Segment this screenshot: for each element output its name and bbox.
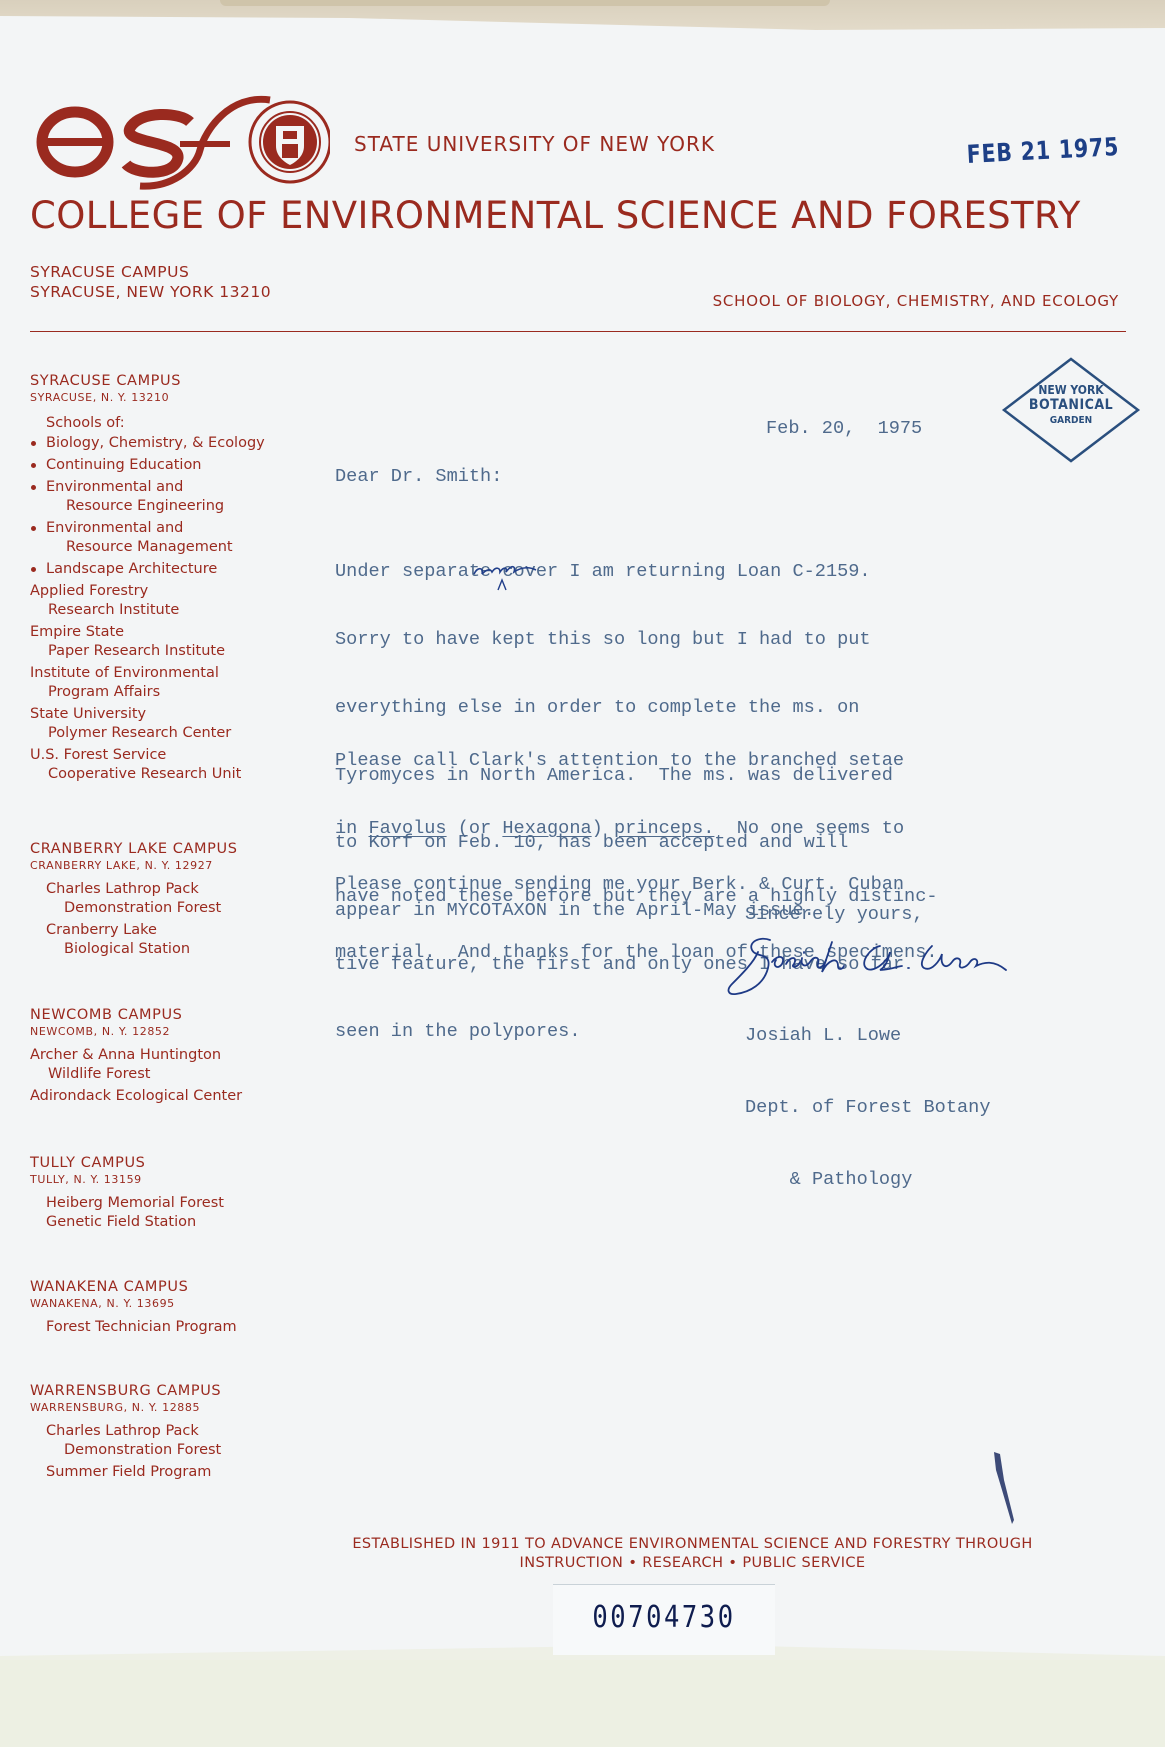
bullet-icon bbox=[31, 567, 36, 572]
campus-tully: TULLY CAMPUS TULLY, N. Y. 13159 Heiberg … bbox=[30, 1154, 290, 1232]
school-item: Environmental andResource Engineering bbox=[30, 478, 290, 516]
facility-item: Forest Technician Program bbox=[30, 1318, 290, 1337]
accession-number: 00704730 bbox=[570, 1600, 759, 1635]
campus-address: WANAKENA, N. Y. 13695 bbox=[30, 1296, 290, 1312]
letterhead-city: SYRACUSE, NEW YORK 13210 bbox=[30, 282, 271, 302]
bullet-icon bbox=[31, 526, 36, 531]
paragraph-line: Please call Clark's attention to the bra… bbox=[335, 750, 938, 773]
facility-item: Genetic Field Station bbox=[30, 1213, 290, 1232]
facility-item: Cranberry LakeBiological Station bbox=[30, 921, 290, 959]
campus-name: CRANBERRY LAKE CAMPUS bbox=[30, 840, 290, 858]
campus-warrensburg: WARRENSBURG CAMPUS WARRENSBURG, N. Y. 12… bbox=[30, 1382, 290, 1482]
suny-seal-icon bbox=[250, 102, 330, 182]
bullet-icon bbox=[31, 441, 36, 446]
esf-logo-icon bbox=[30, 90, 330, 190]
paragraph-line: Under separate cover I am returning Loan… bbox=[335, 561, 893, 584]
nybg-stamp-line2: BOTANICAL bbox=[1000, 398, 1142, 413]
handwritten-aside-icon bbox=[470, 560, 540, 600]
campus-wanakena: WANAKENA CAMPUS WANAKENA, N. Y. 13695 Fo… bbox=[30, 1278, 290, 1337]
signer-name: Josiah L. Lowe bbox=[745, 1024, 990, 1048]
campus-address: NEWCOMB, N. Y. 12852 bbox=[30, 1024, 290, 1040]
school-item: Landscape Architecture bbox=[30, 560, 290, 579]
campus-cranberry-lake: CRANBERRY LAKE CAMPUS CRANBERRY LAKE, N.… bbox=[30, 840, 290, 959]
college-name: COLLEGE OF ENVIRONMENTAL SCIENCE AND FOR… bbox=[30, 194, 1081, 237]
nybg-stamp: NEW YORK BOTANICAL GARDEN bbox=[1000, 383, 1142, 428]
school-item: Environmental andResource Management bbox=[30, 519, 290, 557]
facility-item: Charles Lathrop PackDemonstration Forest bbox=[30, 880, 290, 918]
campus-address: WARRENSBURG, N. Y. 12885 bbox=[30, 1400, 290, 1416]
nybg-stamp-line3: GARDEN bbox=[1000, 413, 1142, 428]
facility-item: Charles Lathrop PackDemonstration Forest bbox=[30, 1422, 290, 1460]
facility-item: Adirondack Ecological Center bbox=[30, 1087, 290, 1106]
signer-block: Josiah L. Lowe Dept. of Forest Botany & … bbox=[745, 976, 990, 1216]
campus-address: CRANBERRY LAKE, N. Y. 12927 bbox=[30, 858, 290, 874]
footer-line1: ESTABLISHED IN 1911 TO ADVANCE ENVIRONME… bbox=[280, 1535, 1105, 1554]
letterhead-divider bbox=[30, 331, 1126, 332]
letterhead-footer: ESTABLISHED IN 1911 TO ADVANCE ENVIRONME… bbox=[280, 1535, 1105, 1573]
campus-syracuse: SYRACUSE CAMPUS SYRACUSE, N. Y. 13210 Sc… bbox=[30, 372, 290, 784]
bullet-icon bbox=[31, 485, 36, 490]
campus-name: WARRENSBURG CAMPUS bbox=[30, 1382, 290, 1400]
bullet-icon bbox=[31, 463, 36, 468]
school-item: Continuing Education bbox=[30, 456, 290, 475]
university-name: STATE UNIVERSITY OF NEW YORK bbox=[354, 132, 715, 156]
accession-label: 00704730 bbox=[553, 1584, 775, 1655]
signer-department: Dept. of Forest Botany bbox=[745, 1096, 990, 1120]
letter-date: Feb. 20, 1975 bbox=[766, 418, 922, 439]
ink-mark-icon bbox=[990, 1450, 1020, 1530]
facility-item: Archer & Anna HuntingtonWildlife Forest bbox=[30, 1046, 290, 1084]
institute-item: Institute of EnvironmentalProgram Affair… bbox=[30, 664, 290, 702]
institute-item: U.S. Forest ServiceCooperative Research … bbox=[30, 746, 290, 784]
salutation: Dear Dr. Smith: bbox=[335, 466, 502, 487]
folder-backing-bottom bbox=[0, 1660, 1165, 1747]
handwritten-insertion bbox=[470, 560, 540, 600]
signer-department-line2: & Pathology bbox=[745, 1168, 990, 1192]
institute-item: State UniversityPolymer Research Center bbox=[30, 705, 290, 743]
campus-name: NEWCOMB CAMPUS bbox=[30, 1006, 290, 1024]
nybg-stamp-line1: NEW YORK bbox=[1000, 383, 1142, 398]
campus-name: SYRACUSE CAMPUS bbox=[30, 372, 290, 390]
folder-flap bbox=[220, 0, 830, 6]
school-item: Biology, Chemistry, & Ecology bbox=[30, 434, 290, 453]
campus-newcomb: NEWCOMB CAMPUS NEWCOMB, N. Y. 12852 Arch… bbox=[30, 1006, 290, 1106]
letterhead-campus: SYRACUSE CAMPUS bbox=[30, 262, 271, 282]
paragraph-line: Sorry to have kept this so long but I ha… bbox=[335, 629, 893, 652]
campus-name: WANAKENA CAMPUS bbox=[30, 1278, 290, 1296]
paragraph-line: Please continue sending me your Berk. & … bbox=[335, 874, 938, 897]
facility-item: Heiberg Memorial Forest bbox=[30, 1194, 290, 1213]
institute-item: Empire StatePaper Research Institute bbox=[30, 623, 290, 661]
footer-line2: INSTRUCTION • RESEARCH • PUBLIC SERVICE bbox=[280, 1554, 1105, 1573]
campus-name: TULLY CAMPUS bbox=[30, 1154, 290, 1172]
facility-item: Summer Field Program bbox=[30, 1463, 290, 1482]
letterhead-campus-address: SYRACUSE CAMPUS SYRACUSE, NEW YORK 13210 bbox=[30, 262, 271, 302]
schools-label: Schools of: bbox=[30, 412, 290, 434]
institute-item: Applied ForestryResearch Institute bbox=[30, 582, 290, 620]
school-name: SCHOOL OF BIOLOGY, CHEMISTRY, AND ECOLOG… bbox=[713, 292, 1119, 310]
campus-address: TULLY, N. Y. 13159 bbox=[30, 1172, 290, 1188]
campus-address: SYRACUSE, N. Y. 13210 bbox=[30, 390, 290, 406]
